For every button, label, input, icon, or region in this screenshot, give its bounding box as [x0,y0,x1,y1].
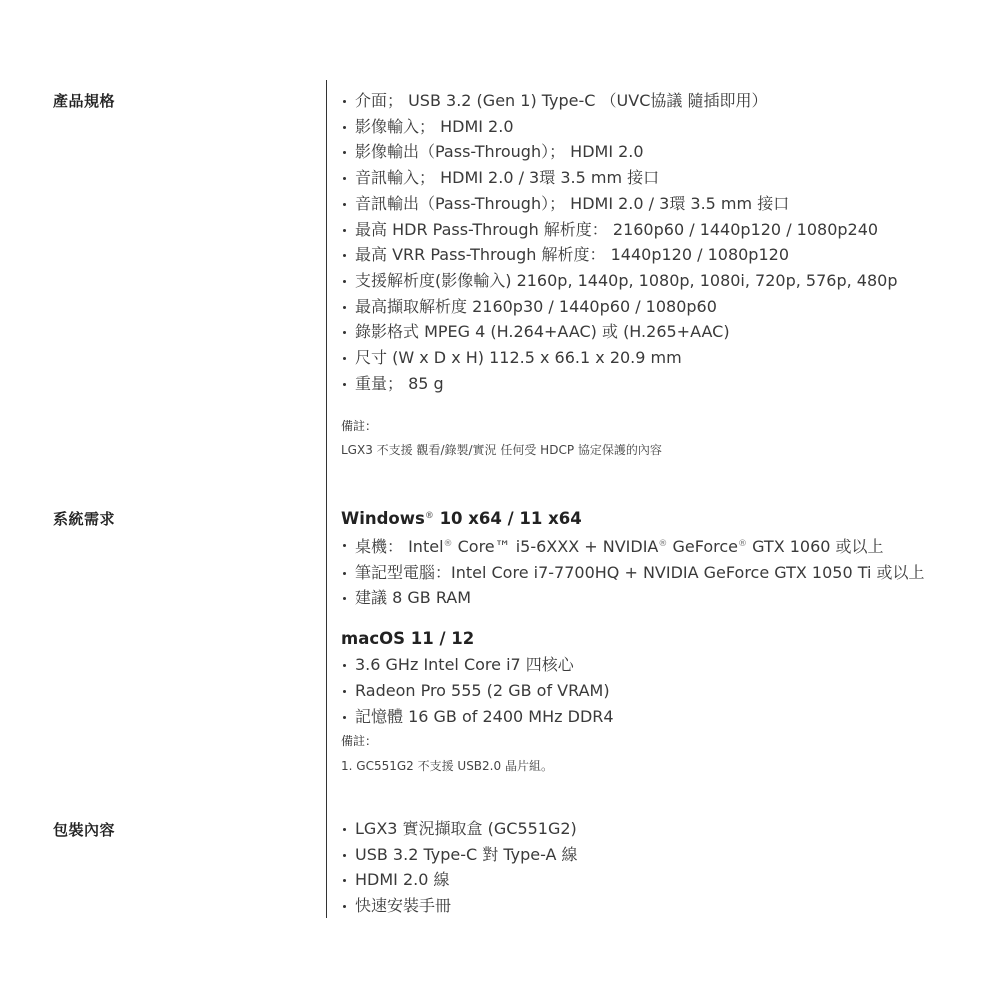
package-content: LGX3 實況擷取盒 (GC551G2) USB 3.2 Type-C 對 Ty… [341,816,981,919]
list-item: 介面； USB 3.2 (Gen 1) Type-C （UVC協議 隨插即用） [341,88,981,114]
section-divider-line [326,80,327,918]
section-title-requirements: 系統需求 [53,508,115,529]
list-item: 尺寸 (W x D x H) 112.5 x 66.1 x 20.9 mm [341,345,981,371]
note-label: 備註： [341,416,981,436]
requirements-content: Windows® 10 x64 / 11 x64 桌機： Intel® Core… [341,503,981,776]
note-label: 備註： [341,731,981,751]
windows-list: 桌機： Intel® Core™ i5-6XXX + NVIDIA® GeFor… [341,532,981,611]
package-list: LGX3 實況擷取盒 (GC551G2) USB 3.2 Type-C 對 Ty… [341,816,981,919]
section-title-package: 包裝內容 [53,819,115,840]
list-item: 支援解析度(影像輸入) 2160p, 1440p, 1080p, 1080i, … [341,268,981,294]
list-item: 建議 8 GB RAM [341,585,981,611]
note-text: 1. GC551G2 不支援 USB2.0 晶片組。 [341,756,981,776]
list-item: 快速安裝手冊 [341,893,981,919]
list-item: HDMI 2.0 線 [341,867,981,893]
list-item: LGX3 實況擷取盒 (GC551G2) [341,816,981,842]
section-title-specs: 產品規格 [53,90,115,111]
list-item: 重量； 85 g [341,371,981,397]
specs-content: 介面； USB 3.2 (Gen 1) Type-C （UVC協議 隨插即用） … [341,88,981,460]
list-item: 音訊輸入； HDMI 2.0 / 3環 3.5 mm 接口 [341,165,981,191]
list-item: 影像輸入； HDMI 2.0 [341,114,981,140]
list-item: 筆記型電腦：Intel Core i7-7700HQ + NVIDIA GeFo… [341,560,981,586]
list-item: USB 3.2 Type-C 對 Type-A 線 [341,842,981,868]
macos-title: macOS 11 / 12 [341,626,981,652]
specs-list: 介面； USB 3.2 (Gen 1) Type-C （UVC協議 隨插即用） … [341,88,981,396]
windows-title: Windows® 10 x64 / 11 x64 [341,503,981,532]
list-item: 音訊輸出（Pass-Through）； HDMI 2.0 / 3環 3.5 mm… [341,191,981,217]
list-item: 影像輸出（Pass-Through）； HDMI 2.0 [341,139,981,165]
note-text: LGX3 不支援 觀看/錄製/實況 任何受 HDCP 協定保護的內容 [341,440,981,460]
list-item: 記憶體 16 GB of 2400 MHz DDR4 [341,704,981,730]
list-item: 3.6 GHz Intel Core i7 四核心 [341,652,981,678]
list-item: 錄影格式 MPEG 4 (H.264+AAC) 或 (H.265+AAC) [341,319,981,345]
list-item: Radeon Pro 555 (2 GB of VRAM) [341,678,981,704]
list-item: 最高 HDR Pass-Through 解析度： 2160p60 / 1440p… [341,217,981,243]
list-item: 最高擷取解析度 2160p30 / 1440p60 / 1080p60 [341,294,981,320]
macos-list: 3.6 GHz Intel Core i7 四核心 Radeon Pro 555… [341,652,981,729]
list-item: 桌機： Intel® Core™ i5-6XXX + NVIDIA® GeFor… [341,532,981,560]
list-item: 最高 VRR Pass-Through 解析度： 1440p120 / 1080… [341,242,981,268]
